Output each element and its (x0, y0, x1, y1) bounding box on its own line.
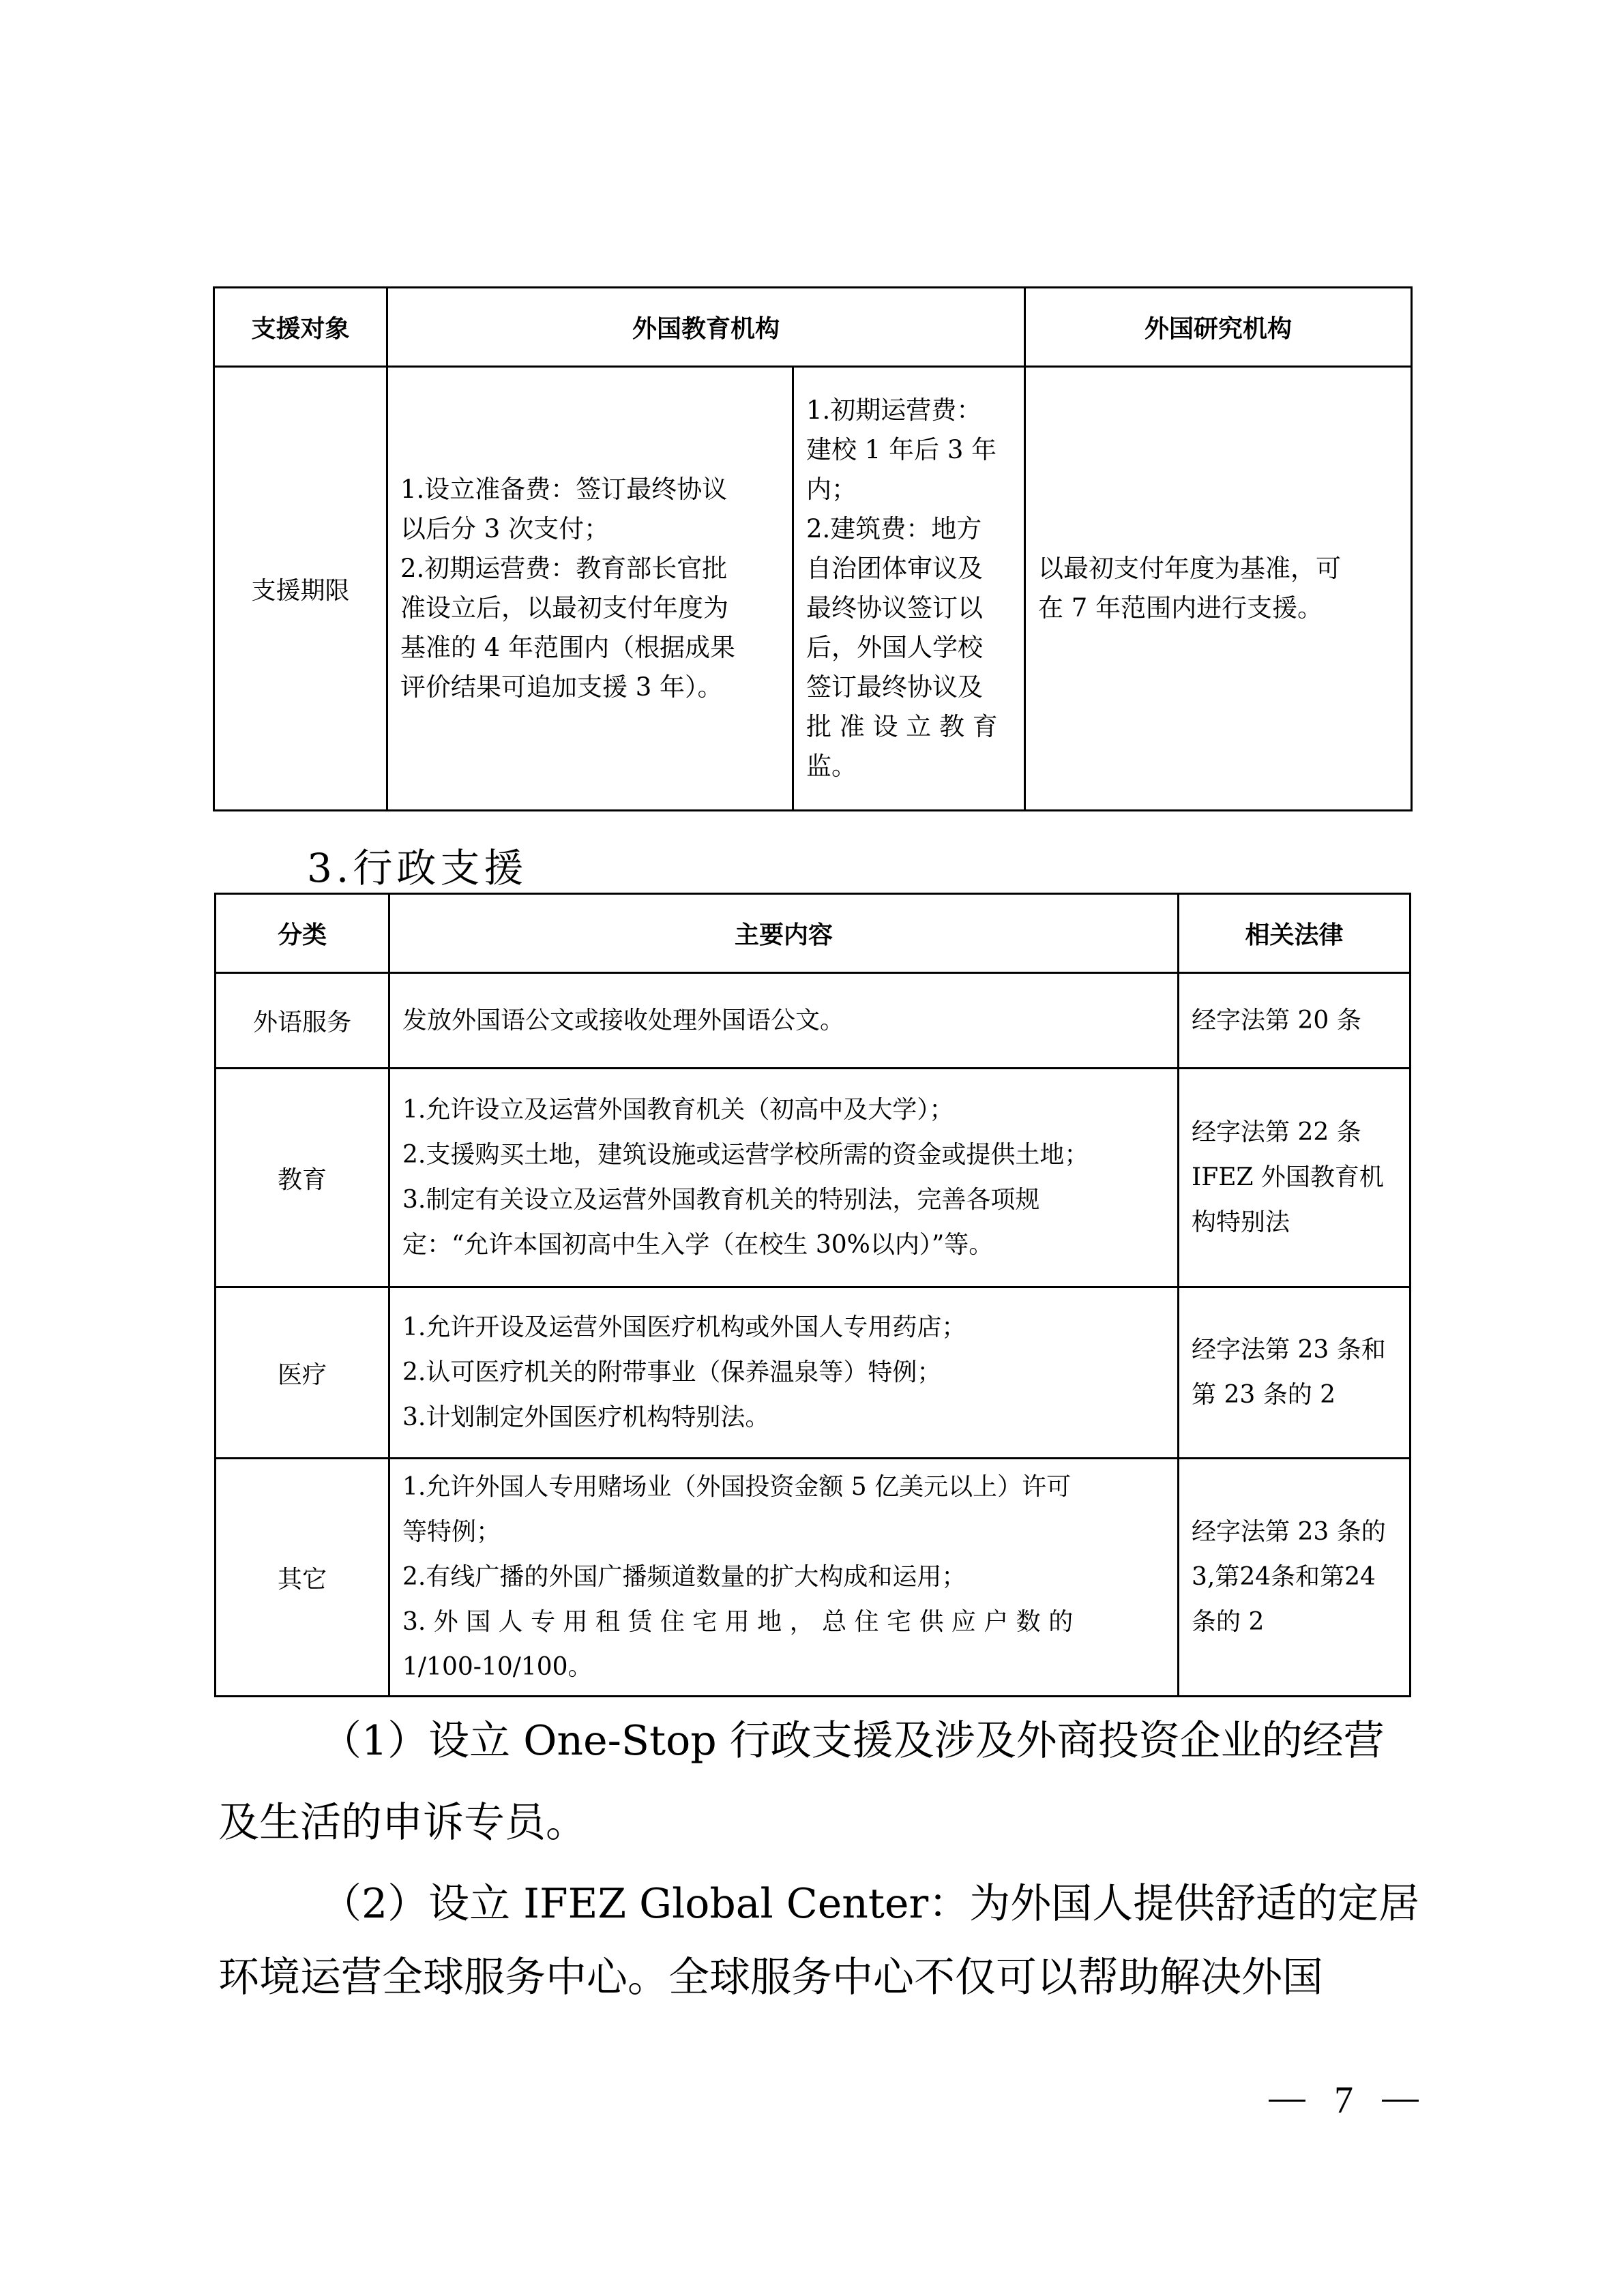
paragraph-2-line-1: （2）设立 IFEZ Global Center：为外国人提供舒适的定居 (321, 1880, 1419, 1928)
page-number: 7 (1269, 2076, 1419, 2124)
education-a-cell: 1.设立准备费：签订最终协议 以后分 3 次支付； 2.初期运营费：教育部长官批… (387, 367, 793, 811)
row-content: 1.允许开设及运营外国医疗机构或外国人专用药店； 2.认可医疗机关的附带事业（保… (389, 1287, 1179, 1459)
cell-line: 2.认可医疗机关的附带事业（保养温泉等）特例； (402, 1350, 1165, 1395)
cell-line: 1.初期运营费： (806, 391, 1012, 430)
cell-line: 签订最终协议及 (806, 668, 1012, 707)
cell-line: 1.设立准备费：签订最终协议 (400, 470, 780, 509)
table-row: 外语服务 发放外国语公文或接收处理外国语公文。 经字法第 20 条 (216, 973, 1411, 1069)
cell-line: 3.制定有关设立及运营外国教育机关的特别法，完善各项规 (402, 1178, 1165, 1223)
cell-line: 在 7 年范围内进行支援。 (1038, 588, 1398, 628)
cell-line: 3.计划制定外国医疗机构特别法。 (402, 1395, 1165, 1440)
row-category: 外语服务 (216, 973, 389, 1069)
cell-line: 3,第24条和第24 (1192, 1555, 1397, 1600)
cell-line: 1/100-10/100。 (402, 1645, 1165, 1690)
support-period-table: 支援对象 外国教育机构 外国研究机构 支援期限 1.设立准备费：签订最终协议 以… (213, 286, 1413, 811)
table-row: 医疗 1.允许开设及运营外国医疗机构或外国人专用药店； 2.认可医疗机关的附带事… (216, 1287, 1411, 1459)
cell-line: 定：“允许本国初高中生入学（在校生 30%以内）”等。 (402, 1223, 1165, 1268)
header-education: 外国教育机构 (387, 288, 1025, 367)
cell-line: 1.允许开设及运营外国医疗机构或外国人专用药店； (402, 1305, 1165, 1350)
education-b-cell: 1.初期运营费： 建校 1 年后 3 年 内； 2.建筑费：地方 自治团体审议及… (793, 367, 1025, 811)
cell-line: 评价结果可追加支援 3 年）。 (400, 668, 780, 707)
header-law: 相关法律 (1179, 894, 1411, 973)
cell-line: 2.初期运营费：教育部长官批 (400, 549, 780, 588)
row-label: 支援期限 (214, 367, 387, 811)
cell-line: 第 23 条的 2 (1192, 1373, 1397, 1418)
table-header-row: 分类 主要内容 相关法律 (216, 894, 1411, 973)
header-research: 外国研究机构 (1025, 288, 1412, 367)
cell-line: 3. 外 国 人 专 用 租 赁 住 宅 用 地 ， 总 住 宅 供 应 户 数… (402, 1600, 1165, 1645)
cell-line: 条的 2 (1192, 1600, 1397, 1645)
cell-line: IFEZ 外国教育机 (1192, 1155, 1397, 1200)
cell-line: 内； (806, 470, 1012, 509)
cell-line: 后，外国人学校 (806, 628, 1012, 668)
page-number-value: 7 (1334, 2078, 1353, 2122)
row-law: 经字法第 23 条的 3,第24条和第24 条的 2 (1179, 1459, 1411, 1697)
research-cell: 以最初支付年度为基准，可 在 7 年范围内进行支援。 (1025, 367, 1412, 811)
section-heading: 3.行政支援 (307, 836, 527, 893)
cell-line: 1.允许外国人专用赌场业（外国投资金额 5 亿美元以上）许可 (402, 1465, 1165, 1510)
cell-line: 基准的 4 年范围内（根据成果 (400, 628, 780, 668)
row-category: 医疗 (216, 1287, 389, 1459)
cell-line: 2.支援购买土地，建筑设施或运营学校所需的资金或提供土地； (402, 1133, 1165, 1178)
cell-line: 经字法第 23 条和 (1192, 1328, 1397, 1373)
paragraph-1-line-1: （1）设立 One-Stop 行政支援及涉及外商投资企业的经营 (321, 1717, 1385, 1765)
paragraph-2-line-2: 环境运营全球服务中心。全球服务中心不仅可以帮助解决外国 (218, 1954, 1323, 2001)
table-row: 其它 1.允许外国人专用赌场业（外国投资金额 5 亿美元以上）许可 等特例； 2… (216, 1459, 1411, 1697)
row-category: 教育 (216, 1069, 389, 1287)
header-content: 主要内容 (389, 894, 1179, 973)
row-law: 经字法第 23 条和 第 23 条的 2 (1179, 1287, 1411, 1459)
header-category: 分类 (216, 894, 389, 973)
cell-line: 最终协议签订以 (806, 588, 1012, 628)
cell-line: 经字法第 20 条 (1192, 998, 1397, 1043)
cell-line: 经字法第 22 条 (1192, 1110, 1397, 1155)
cell-line: 以后分 3 次支付； (400, 509, 780, 549)
cell-line: 2.建筑费：地方 (806, 509, 1012, 549)
header-target: 支援对象 (214, 288, 387, 367)
admin-support-table: 分类 主要内容 相关法律 外语服务 发放外国语公文或接收处理外国语公文。 经字法… (214, 893, 1411, 1697)
cell-line: 监。 (806, 747, 1012, 786)
page-dash-right (1382, 2100, 1419, 2102)
cell-line: 以最初支付年度为基准，可 (1038, 549, 1398, 588)
table-row: 教育 1.允许设立及运营外国教育机关（初高中及大学）； 2.支援购买土地，建筑设… (216, 1069, 1411, 1287)
cell-line: 构特别法 (1192, 1200, 1397, 1245)
cell-line: 经字法第 23 条的 (1192, 1510, 1397, 1555)
cell-line: 1.允许设立及运营外国教育机关（初高中及大学）； (402, 1088, 1165, 1133)
row-category: 其它 (216, 1459, 389, 1697)
cell-line: 准设立后，以最初支付年度为 (400, 588, 780, 628)
row-content: 发放外国语公文或接收处理外国语公文。 (389, 973, 1179, 1069)
row-content: 1.允许设立及运营外国教育机关（初高中及大学）； 2.支援购买土地，建筑设施或运… (389, 1069, 1179, 1287)
cell-line: 批 准 设 立 教 育 (806, 707, 1012, 747)
cell-line: 自治团体审议及 (806, 549, 1012, 588)
table-row: 支援期限 1.设立准备费：签订最终协议 以后分 3 次支付； 2.初期运营费：教… (214, 367, 1412, 811)
page-dash-left (1269, 2100, 1305, 2102)
cell-line: 等特例； (402, 1510, 1165, 1555)
row-law: 经字法第 20 条 (1179, 973, 1411, 1069)
row-content: 1.允许外国人专用赌场业（外国投资金额 5 亿美元以上）许可 等特例； 2.有线… (389, 1459, 1179, 1697)
cell-line: 2.有线广播的外国广播频道数量的扩大构成和运用； (402, 1555, 1165, 1600)
cell-line: 建校 1 年后 3 年 (806, 430, 1012, 470)
cell-line: 发放外国语公文或接收处理外国语公文。 (402, 998, 1165, 1043)
row-law: 经字法第 22 条 IFEZ 外国教育机 构特别法 (1179, 1069, 1411, 1287)
paragraph-1-line-2: 及生活的申诉专员。 (218, 1799, 587, 1847)
table-header-row: 支援对象 外国教育机构 外国研究机构 (214, 288, 1412, 367)
